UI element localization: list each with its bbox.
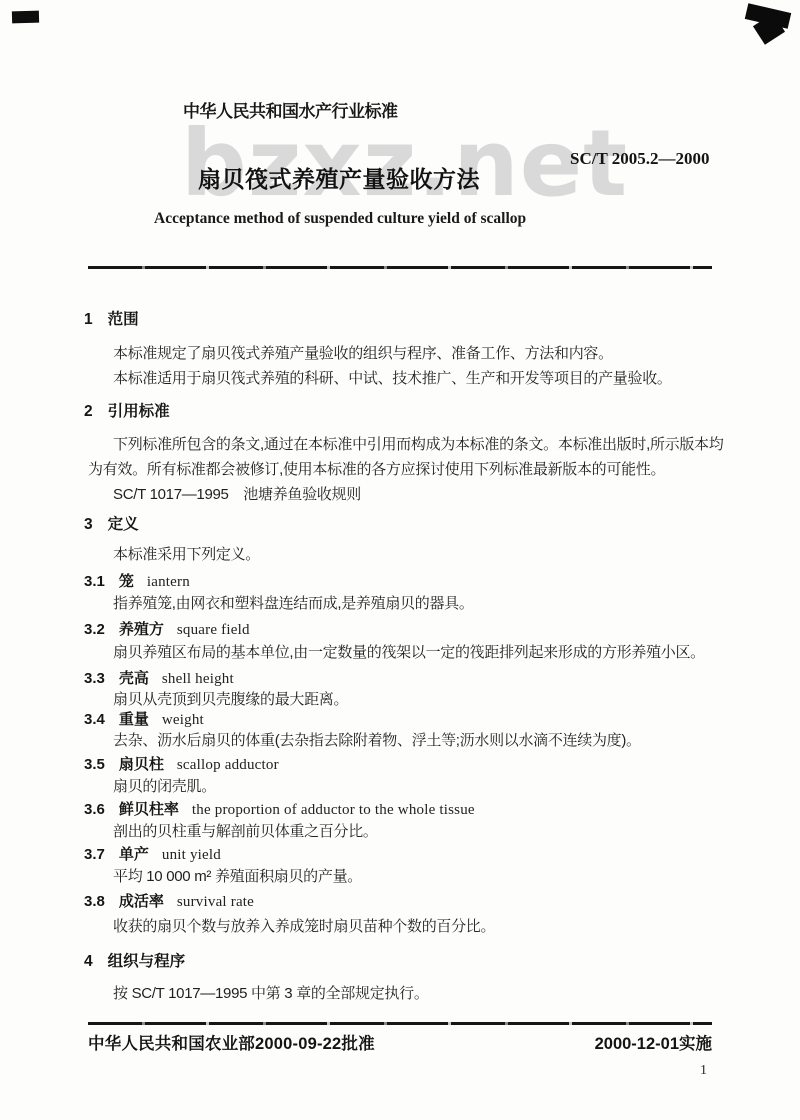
definition-3-4-heading: 3.4重量weight [84, 710, 204, 730]
term-english: survival rate [177, 894, 254, 910]
referenced-standard: SC/T 1017—1995 池塘养鱼验收规则 [113, 485, 361, 505]
page-number: 1 [700, 1063, 707, 1079]
definition-3-5-heading: 3.5扇贝柱scallop adductor [84, 755, 279, 775]
paragraph-line: 下列标准所包含的条文,通过在本标准中引用而构成为本标准的条文。本标准出版时,所示… [113, 435, 723, 455]
clause-number: 3.5 [84, 756, 105, 773]
section-number: 4 [84, 953, 93, 970]
standard-number: SC/T 2005.2—2000 [570, 149, 710, 169]
term-chinese: 成活率 [119, 893, 164, 910]
document-title: 扇贝筏式养殖产量验收方法 [198, 161, 480, 194]
section-1-heading: 1范围 [84, 310, 139, 330]
term-english: unit yield [162, 847, 221, 863]
term-chinese: 壳高 [119, 670, 149, 687]
section-number: 2 [84, 403, 93, 420]
clause-number: 3.3 [84, 670, 105, 687]
term-chinese: 重量 [119, 711, 149, 728]
term-chinese: 单产 [119, 846, 149, 863]
paragraph: 本标准适用于扇贝筏式养殖的科研、中试、技术推广、生产和开发等项目的产量验收。 [113, 369, 672, 389]
term-english: shell height [162, 671, 234, 687]
section-title: 引用标准 [108, 403, 170, 420]
term-english: weight [162, 712, 204, 728]
term-chinese: 笼 [119, 573, 134, 590]
definition-body: 平均 10 000 m² 养殖面积扇贝的产量。 [113, 867, 362, 887]
implementation-date: 2000-12-01实施 [595, 1030, 712, 1054]
document-title-english: Acceptance method of suspended culture y… [154, 210, 526, 228]
clause-number: 3.4 [84, 711, 105, 728]
section-number: 1 [84, 311, 93, 328]
scan-artifact-top-left [12, 11, 39, 24]
paragraph-line: 为有效。所有标准都会被修订,使用本标准的各方应探讨使用下列标准最新版本的可能性。 [88, 460, 665, 480]
section-4-heading: 4组织与程序 [84, 952, 185, 972]
paragraph: 按 SC/T 1017—1995 中第 3 章的全部规定执行。 [113, 984, 429, 1004]
definition-3-1-heading: 3.1笼iantern [84, 572, 190, 592]
term-english: the proportion of adductor to the whole … [192, 802, 475, 818]
definition-body: 扇贝的闭壳肌。 [113, 777, 216, 797]
definition-3-6-heading: 3.6鲜贝柱率the proportion of adductor to the… [84, 800, 475, 820]
definition-body: 剖出的贝柱重与解剖前贝体重之百分比。 [113, 822, 378, 842]
section-2-heading: 2引用标准 [84, 402, 170, 422]
clause-number: 3.7 [84, 846, 105, 863]
scan-artifact-top-right [744, 5, 794, 45]
section-number: 3 [84, 516, 93, 533]
definition-3-7-heading: 3.7单产unit yield [84, 845, 221, 865]
paragraph: 本标准规定了扇贝筏式养殖产量验收的组织与程序、准备工作、方法和内容。 [113, 344, 613, 364]
term-chinese: 鲜贝柱率 [119, 801, 179, 818]
term-chinese: 养殖方 [119, 621, 164, 638]
definition-3-3-heading: 3.3壳高shell height [84, 669, 234, 689]
clause-number: 3.2 [84, 621, 105, 638]
definition-body: 扇贝从壳顶到贝壳腹缘的最大距离。 [113, 690, 348, 710]
approval-statement: 中华人民共和国农业部2000-09-22批准 [88, 1030, 375, 1054]
definition-body: 收获的扇贝个数与放养入养成笼时扇贝苗种个数的百分比。 [113, 917, 495, 937]
definition-body: 扇贝养殖区布局的基本单位,由一定数量的筏架以一定的筏距排列起来形成的方形养殖小区… [113, 643, 705, 663]
clause-number: 3.1 [84, 573, 105, 590]
section-title: 组织与程序 [108, 953, 186, 970]
definition-3-2-heading: 3.2养殖方square field [84, 620, 250, 640]
scanned-standard-document-page: 中华人民共和国水产行业标准 bzxz.net SC/T 2005.2—2000 … [0, 0, 800, 1120]
section-3-heading: 3定义 [84, 515, 139, 535]
clause-number: 3.6 [84, 801, 105, 818]
header-divider-rule [88, 266, 712, 269]
term-english: square field [177, 622, 250, 638]
definition-body: 去杂、沥水后扇贝的体重(去杂指去除附着物、浮土等;沥水则以水滴不连续为度)。 [113, 731, 641, 751]
clause-number: 3.8 [84, 893, 105, 910]
footer-divider-rule [88, 1022, 712, 1025]
term-english: scallop adductor [177, 757, 279, 773]
section-title: 范围 [108, 311, 139, 328]
definition-body: 指养殖笼,由网衣和塑料盘连结而成,是养殖扇贝的器具。 [113, 594, 474, 614]
definitions-intro: 本标准采用下列定义。 [113, 545, 260, 565]
section-title: 定义 [108, 516, 139, 533]
term-chinese: 扇贝柱 [119, 756, 164, 773]
term-english: iantern [147, 574, 190, 590]
definition-3-8-heading: 3.8成活率survival rate [84, 892, 254, 912]
